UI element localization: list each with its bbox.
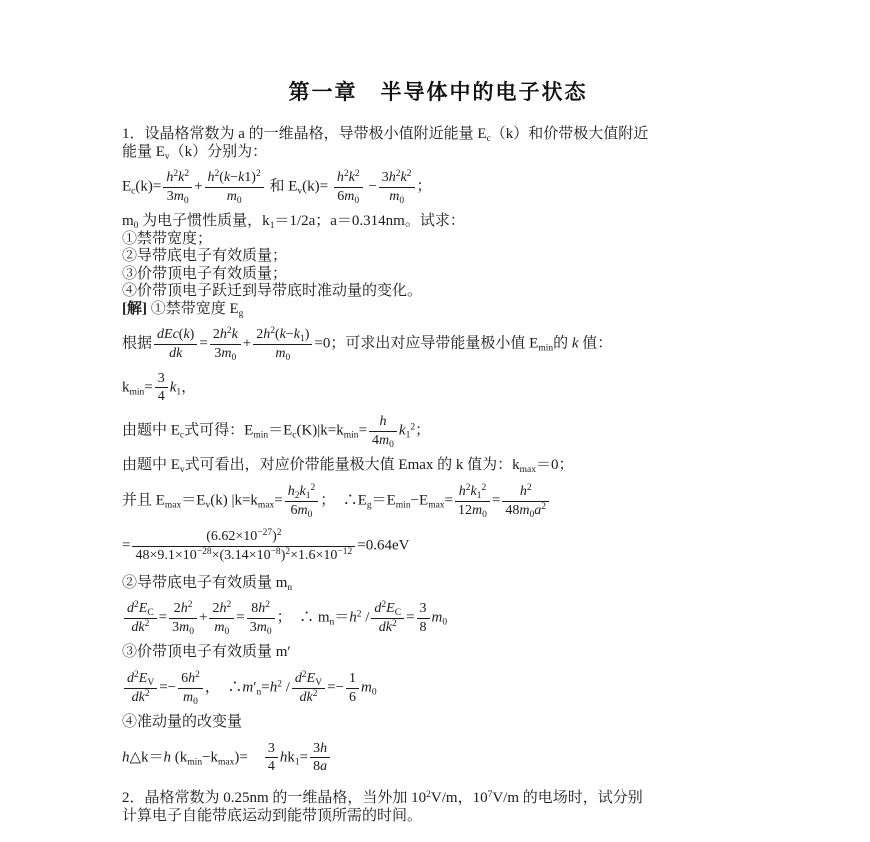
problem2-text-line1: 2．晶格常数为 0.25nm 的一维晶格，当外加 102V/m，107V/m 的… <box>122 790 754 808</box>
solution-heading: [解] ①禁带宽度 Eg <box>122 301 754 319</box>
solution-valence-max-text: 由题中 Ev式可看出，对应价带能量极大值 Emax 的 k 值为：kmax＝0； <box>122 457 754 475</box>
solution-step2-formula: d2ECdk2=2h23m0+2h2m0=8h23m0； ∴ mn＝h2 /d2… <box>122 601 754 635</box>
problem2-text-line2: 计算电子自能带底运动到能带顶所需的时间。 <box>122 808 754 826</box>
solution-bandgap-formula: 并且 Emax＝Ev(k) |k=kmax=h2k126m0； ∴Eg＝Emin… <box>122 484 754 518</box>
solution-step3-formula: d2EVdk2=−6h2m0， ∴m′n=h2 /d2EVdk2=−16m0 <box>122 671 754 705</box>
solution-step3-heading: ③价带顶电子有效质量 m′ <box>122 644 754 662</box>
solution-kmin-formula: kmin=34k1， <box>122 371 754 405</box>
problem1-requirement-4: ④价带顶电子跃迁到导带底时准动量的变化。 <box>122 283 754 301</box>
solution-step2-heading: ②导带底电子有效质量 mn <box>122 575 754 593</box>
solution-emin-formula: 由题中 Ec式可得：Emin＝Ec(K)|k=kmin=h4m0k12； <box>122 414 754 448</box>
problem1-text-line1: 1．设晶格常数为 a 的一维晶格，导带极小值附近能量 Ec（k）和价带极大值附近 <box>122 126 754 144</box>
problem1-requirement-2: ②导带底电子有效质量； <box>122 248 754 266</box>
solution-bandgap-numeric-value: =(6.62×10−27)248×9.1×10−28×(3.14×10−8)2×… <box>122 529 754 563</box>
chapter-title: 第一章 半导体中的电子状态 <box>122 76 754 106</box>
solution-step4-heading: ④准动量的改变量 <box>122 714 754 732</box>
problem1-given-conditions: m0 为电子惯性质量，k1＝1/2a；a＝0.314nm。试求： <box>122 213 754 231</box>
document-content: 第一章 半导体中的电子状态 1．设晶格常数为 a 的一维晶格，导带极小值附近能量… <box>0 0 870 825</box>
problem1-band-formula: Ec(k)=h2k23m0+h2(k−k1)2m0 和 Ev(k)= h2k26… <box>122 170 754 204</box>
document-page: 第一章 半导体中的电子状态 1．设晶格常数为 a 的一维晶格，导带极小值附近能量… <box>0 0 870 842</box>
problem1-text-line2: 能量 Ev（k）分别为： <box>122 144 754 162</box>
solution-step4-formula: h△k＝h (kmin−kmax)= 34hk1=3h8a <box>122 741 754 775</box>
problem1-requirement-3: ③价带顶电子有效质量； <box>122 266 754 284</box>
solution-derivative-formula: 根据dEc(k)dk=2h2k3m0+2h2(k−k1)m0=0；可求出对应导带… <box>122 327 754 361</box>
problem1-requirement-1: ①禁带宽度； <box>122 231 754 249</box>
